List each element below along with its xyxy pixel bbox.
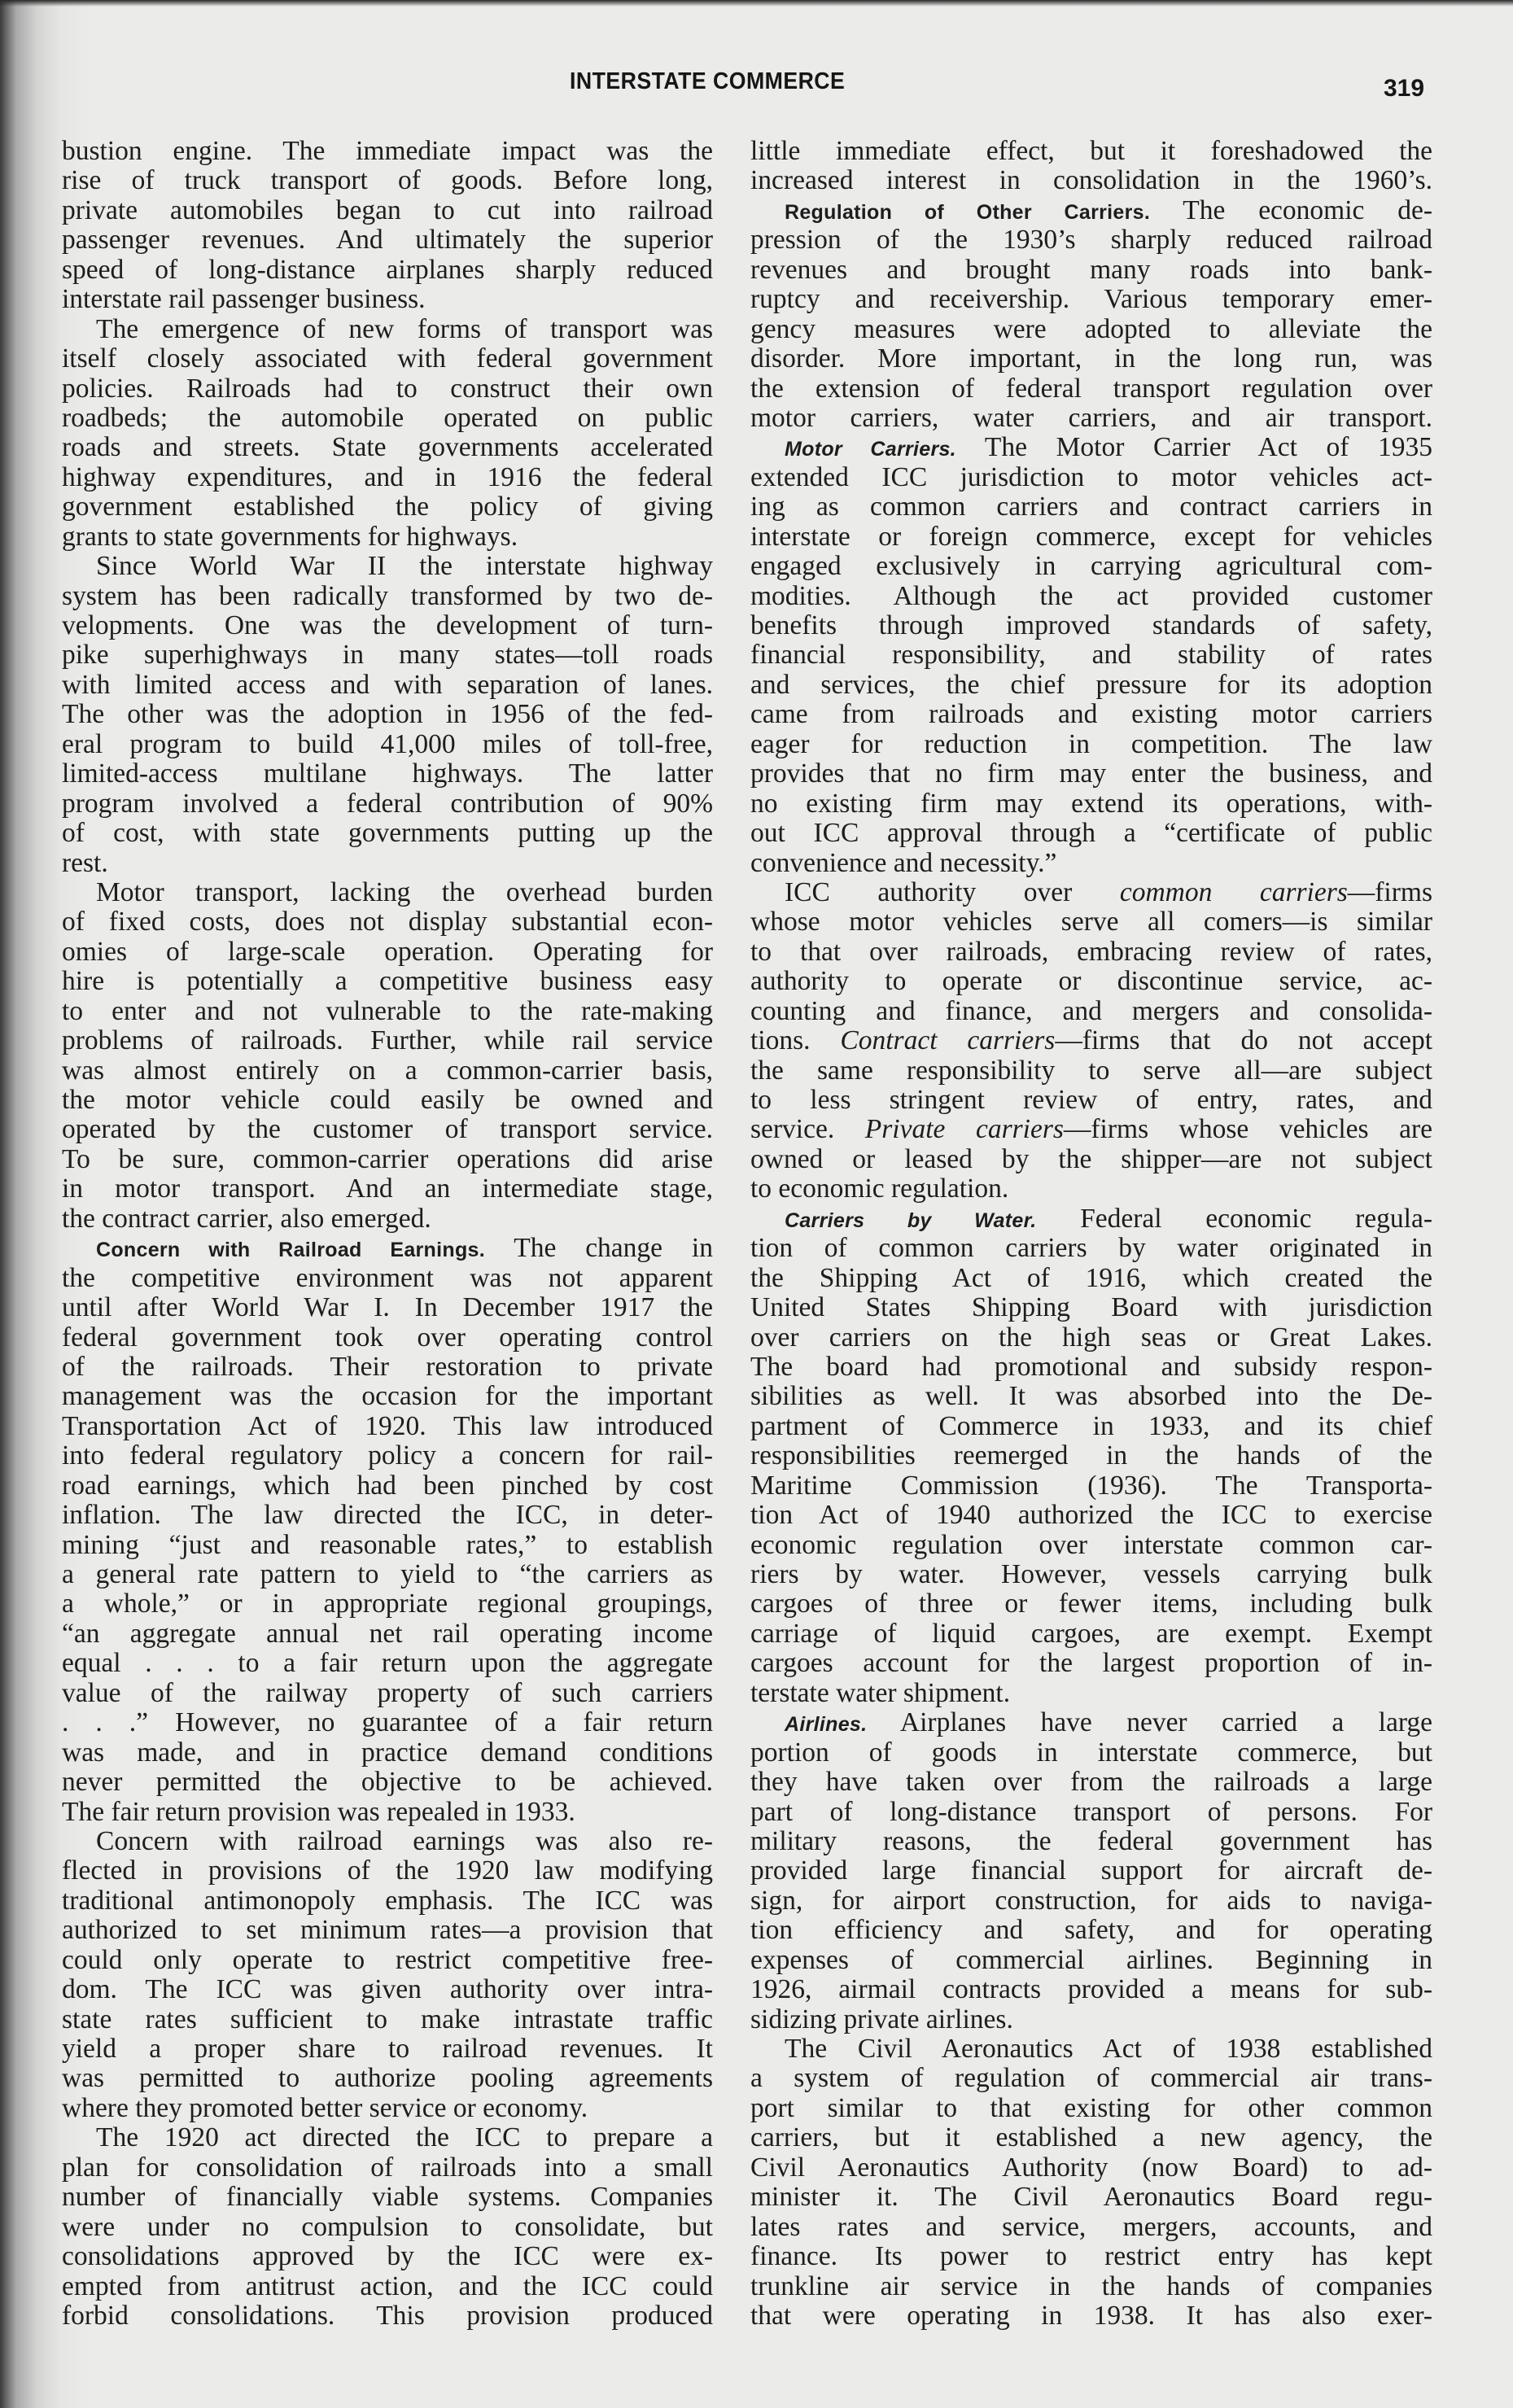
text-line: dom. The ICC was given authority over in… [62,1975,713,2004]
line-text: engaged exclusively in carrying agricult… [750,551,1432,581]
text-line: interstate rail passenger business. [62,285,713,314]
text-line: To be sure, common-carrier operations di… [62,1145,713,1174]
text-line: omies of large-scale operation. Operatin… [62,937,713,967]
text-line: lates rates and service, mergers, accoun… [750,2213,1432,2242]
text-line: The 1920 act directed the ICC to prepare… [62,2123,713,2152]
line-text: convenience and necessity.” [750,848,1056,878]
line-text: expenses of commercial airlines. Beginni… [750,1945,1432,1975]
text-line: interstate or foreign commerce, except f… [750,522,1432,552]
text-line: increased interest in consolidation in t… [750,166,1432,195]
line-text: program involved a federal contribution … [62,789,713,819]
line-text: riers by water. However, vessels carryin… [750,1559,1432,1589]
text-line: expenses of commercial airlines. Beginni… [750,1946,1432,1975]
book-page: INTERSTATE COMMERCE 319 bustion engine. … [0,0,1513,2408]
line-text: rise of truck transport of goods. Before… [62,165,713,195]
italic-term: Private carriers [865,1114,1064,1144]
text-line: provided large financial support for air… [750,1856,1432,1886]
text-line: in motor transport. And an intermediate … [62,1174,713,1204]
line-text: sign, for airport construction, for aids… [750,1886,1432,1916]
text-line: could only operate to restrict competiti… [62,1946,713,1975]
line-text: ing as common carriers and contract carr… [750,492,1432,522]
text-line: was permitted to authorize pooling agree… [62,2064,713,2093]
text-line: Since World War II the interstate highwa… [62,552,713,581]
text-line: where they promoted better service or ec… [62,2094,713,2123]
line-text: passenger revenues. And ultimately the s… [62,225,713,255]
line-text: Concern with railroad earnings was also … [96,1826,713,1856]
right-text-column: little immediate effect, but it foreshad… [750,137,1432,2331]
line-text: a general rate pattern to yield to “the … [62,1559,713,1589]
text-line: terstate water shipment. [750,1679,1432,1708]
text-line: riers by water. However, vessels carryin… [750,1560,1432,1589]
text-line: never permitted the objective to be achi… [62,1768,713,1797]
line-text: traditional antimonopoly emphasis. The I… [62,1886,713,1916]
text-line: the contract carrier, also emerged. [62,1204,713,1234]
line-text: motor carriers, water carriers, and air … [750,403,1432,433]
text-line: the same responsibility to serve all—are… [750,1056,1432,1086]
line-text: with limited access and with separation … [62,670,713,700]
section-run-in-heading: Airlines. [785,1713,867,1736]
text-line: The emergence of new forms of transport … [62,315,713,344]
text-line: passenger revenues. And ultimately the s… [62,225,713,255]
text-line: came from railroads and existing motor c… [750,700,1432,729]
text-line: Motor Carriers. The Motor Carrier Act of… [750,433,1432,462]
text-line: military reasons, the federal government… [750,1827,1432,1856]
line-text: interstate rail passenger business. [62,284,426,314]
line-text: private automobiles began to cut into ra… [62,195,713,225]
line-text: yield a proper share to railroad revenue… [62,2034,713,2064]
text-line: . . .” However, no guarantee of a fair r… [62,1708,713,1737]
section-run-in-heading: Motor Carriers. [785,438,956,461]
line-text: carriage of liquid cargoes, are exempt. … [750,1619,1432,1649]
line-text: rest. [62,848,108,878]
text-line: of the railroads. Their restoration to p… [62,1353,713,1382]
line-text: tion efficiency and safety, and for oper… [750,1915,1432,1945]
line-text: financial responsibility, and stability … [750,640,1432,670]
text-line: provides that no firm may enter the busi… [750,759,1432,789]
text-line: number of financially viable systems. Co… [62,2183,713,2212]
text-line: the competitive environment was not appa… [62,1264,713,1293]
line-text: was almost entirely on a common-carrier … [62,1055,713,1086]
line-text: value of the railway property of such ca… [62,1678,713,1708]
line-text: The 1920 act directed the ICC to prepare… [96,2122,713,2152]
text-line: was almost entirely on a common-carrier … [62,1056,713,1086]
text-line: ICC authority over common carriers—firms [750,878,1432,907]
line-text: road earnings, which had been pinched by… [62,1471,713,1501]
line-text: a system of regulation of commercial air… [750,2063,1432,2093]
line-text: Airplanes have never carried a large [867,1707,1432,1737]
text-line: financial responsibility, and stability … [750,640,1432,670]
text-line: value of the railway property of such ca… [62,1679,713,1708]
line-text: was made, and in practice demand conditi… [62,1737,713,1768]
line-text: roadbeds; the automobile operated on pub… [62,403,713,433]
text-line: equal . . . to a fair return upon the ag… [62,1649,713,1678]
text-line: bustion engine. The immediate impact was… [62,137,713,166]
line-text: authority to operate or discontinue serv… [750,966,1432,996]
line-text: minister it. The Civil Aeronautics Board… [750,2182,1432,2212]
text-line: private automobiles began to cut into ra… [62,196,713,225]
text-line: pression of the 1930’s sharply reduced r… [750,225,1432,255]
text-line: Motor transport, lacking the overhead bu… [62,878,713,907]
line-text: The fair return provision was repealed i… [62,1797,575,1827]
text-line: were under no compulsion to consolidate,… [62,2213,713,2242]
line-text: The emergence of new forms of transport … [96,314,713,344]
text-line: eral program to build 41,000 miles of to… [62,730,713,759]
text-line: part of long-distance transport of perso… [750,1798,1432,1827]
line-text: and services, the chief pressure for its… [750,670,1432,700]
line-text: omies of large-scale operation. Operatin… [62,937,713,967]
left-text-column: bustion engine. The immediate impact was… [62,137,713,2331]
text-line: to less stringent review of entry, rates… [750,1086,1432,1115]
line-text: benefits through improved standards of s… [750,610,1432,640]
text-line: portion of goods in interstate commerce,… [750,1738,1432,1768]
running-header-title: INTERSTATE COMMERCE [570,68,845,95]
line-text: of cost, with state governments putting … [62,818,713,848]
line-text: cargoes of three or fewer items, includi… [750,1589,1432,1619]
text-line: rest. [62,849,713,878]
text-line: government established the policy of giv… [62,492,713,522]
line-text: federal government took over operating c… [62,1322,713,1353]
line-text: never permitted the objective to be achi… [62,1767,713,1797]
line-text: owned or leased by the shipper—are not s… [750,1144,1432,1174]
text-line: the motor vehicle could easily be owned … [62,1086,713,1115]
line-text: tion Act of 1940 authorized the ICC to e… [750,1500,1432,1530]
line-text: The change in [485,1233,713,1263]
line-text: service. [750,1114,865,1144]
section-run-in-heading: Regulation of Other Carriers. [785,201,1150,224]
text-line: consolidations approved by the ICC were … [62,2242,713,2271]
text-line: partment of Commerce in 1933, and its ch… [750,1412,1432,1441]
line-text: part of long-distance transport of perso… [750,1797,1432,1827]
line-text: portion of goods in interstate commerce,… [750,1737,1432,1768]
text-line: cargoes account for the largest proporti… [750,1649,1432,1678]
line-text: the Shipping Act of 1916, which created … [750,1263,1432,1293]
text-line: carriage of liquid cargoes, are exempt. … [750,1619,1432,1649]
text-line: extended ICC jurisdiction to motor vehic… [750,463,1432,492]
text-line: mining “just and reasonable rates,” to e… [62,1531,713,1560]
text-line: ruptcy and receivership. Various tempora… [750,285,1432,314]
line-text: interstate or foreign commerce, except f… [750,522,1432,552]
line-text: The economic de- [1150,195,1432,225]
text-line: The fair return provision was repealed i… [62,1798,713,1827]
section-run-in-heading: Carriers by Water. [785,1209,1037,1232]
line-text: mining “just and reasonable rates,” to e… [62,1530,713,1560]
text-line: that were operating in 1938. It has also… [750,2301,1432,2331]
text-line: convenience and necessity.” [750,849,1432,878]
text-line: Carriers by Water. Federal economic regu… [750,1204,1432,1234]
text-line: responsibilities reemerged in the hands … [750,1441,1432,1471]
line-text: that were operating in 1938. It has also… [750,2301,1432,2331]
text-line: grants to state governments for highways… [62,522,713,552]
text-line: authorized to set minimum rates—a provis… [62,1916,713,1945]
line-text: United States Shipping Board with jurisd… [750,1292,1432,1322]
line-text: could only operate to restrict competiti… [62,1945,713,1975]
text-line: over carriers on the high seas or Great … [750,1323,1432,1353]
text-line: The Civil Aeronautics Act of 1938 establ… [750,2034,1432,2064]
text-line: plan for consolidation of railroads into… [62,2153,713,2183]
section-run-in-heading: Concern with Railroad Earnings. [96,1239,485,1261]
text-line: Transportation Act of 1920. This law int… [62,1412,713,1441]
line-text: dom. The ICC was given authority over in… [62,1974,713,2004]
italic-term: Contract carriers [840,1025,1055,1055]
text-line: was made, and in practice demand conditi… [62,1738,713,1768]
line-text: Transportation Act of 1920. This law int… [62,1411,713,1441]
line-text: cargoes account for the largest proporti… [750,1648,1432,1678]
line-text: forbid consolidations. This provision pr… [62,2301,713,2331]
line-text: government established the policy of giv… [62,492,713,522]
line-text: empted from antitrust action, and the IC… [62,2271,713,2301]
text-line: a whole,” or in appropriate regional gro… [62,1589,713,1619]
line-text: management was the occasion for the impo… [62,1381,713,1411]
line-text: number of financially viable systems. Co… [62,2182,713,2212]
text-line: modities. Although the act provided cust… [750,582,1432,611]
line-text: grants to state governments for highways… [62,522,518,552]
text-line: disorder. More important, in the long ru… [750,344,1432,374]
line-text: operated by the customer of transport se… [62,1114,713,1144]
text-line: to enter and not vulnerable to the rate-… [62,997,713,1026]
text-line: of cost, with state governments putting … [62,819,713,848]
text-line: roads and streets. State governments acc… [62,433,713,462]
italic-term: common carriers [1120,877,1348,907]
line-text: the same responsibility to serve all—are… [750,1055,1432,1086]
line-text: to economic regulation. [750,1173,1008,1204]
line-text: to that over railroads, embracing review… [750,937,1432,967]
text-line: counting and finance, and mergers and co… [750,997,1432,1026]
text-line: itself closely associated with federal g… [62,344,713,374]
text-line: and services, the chief pressure for its… [750,671,1432,700]
line-text: eral program to build 41,000 miles of to… [62,729,713,759]
text-line: eager for reduction in competition. The … [750,730,1432,759]
line-text: military reasons, the federal government… [750,1826,1432,1856]
text-line: management was the occasion for the impo… [62,1382,713,1411]
line-text: until after World War I. In December 191… [62,1292,713,1322]
line-text: equal . . . to a fair return upon the ag… [62,1648,713,1678]
line-text: came from railroads and existing motor c… [750,699,1432,729]
text-line: little immediate effect, but it foreshad… [750,137,1432,166]
text-line: to that over railroads, embracing review… [750,937,1432,967]
text-line: policies. Railroads had to construct the… [62,374,713,404]
line-text: velopments. One was the development of t… [62,610,713,640]
text-line: system has been radically transformed by… [62,582,713,611]
line-text: port similar to that existing for other … [750,2093,1432,2123]
line-text: ICC authority over [785,877,1120,907]
line-text: The other was the adoption in 1956 of th… [62,699,713,729]
line-text: Motor transport, lacking the overhead bu… [96,877,713,907]
text-line: motor carriers, water carriers, and air … [750,404,1432,433]
text-line: revenues and brought many roads into ban… [750,256,1432,285]
text-line: highway expenditures, and in 1916 the fe… [62,463,713,492]
line-text: into federal regulatory policy a concern… [62,1440,713,1471]
text-line: ing as common carriers and contract carr… [750,492,1432,522]
line-text: no existing firm may extend its operatio… [750,789,1432,819]
text-line: authority to operate or discontinue serv… [750,967,1432,996]
text-line: tion Act of 1940 authorized the ICC to e… [750,1501,1432,1530]
text-line: into federal regulatory policy a concern… [62,1441,713,1471]
text-line: limited-access multilane highways. The l… [62,759,713,789]
line-text: over carriers on the high seas or Great … [750,1322,1432,1353]
text-line: state rates sufficient to make intrastat… [62,2005,713,2034]
text-line: empted from antitrust action, and the IC… [62,2272,713,2301]
line-text: the extension of federal transport regul… [750,374,1432,404]
text-line: federal government took over operating c… [62,1323,713,1353]
line-text: problems of railroads. Further, while ra… [62,1025,713,1055]
text-line: out ICC approval through a “certificate … [750,819,1432,848]
line-text: —firms whose vehicles are [1064,1114,1432,1144]
line-text: system has been radically transformed by… [62,581,713,611]
text-line: owned or leased by the shipper—are not s… [750,1145,1432,1174]
line-text: tions. [750,1025,840,1055]
line-text: of fixed costs, does not display substan… [62,907,713,937]
line-text: tion of common carriers by water origina… [750,1233,1432,1263]
text-line: tions. Contract carriers—firms that do n… [750,1026,1432,1055]
line-text: provides that no firm may enter the busi… [750,758,1432,789]
text-line: carriers, but it established a new agenc… [750,2123,1432,2152]
line-text: consolidations approved by the ICC were … [62,2241,713,2271]
text-line: forbid consolidations. This provision pr… [62,2301,713,2331]
text-line: United States Shipping Board with jurisd… [750,1293,1432,1322]
line-text: modities. Although the act provided cust… [750,581,1432,611]
text-line: port similar to that existing for other … [750,2094,1432,2123]
line-text: disorder. More important, in the long ru… [750,343,1432,374]
line-text: sibilities as well. It was absorbed into… [750,1381,1432,1411]
text-line: service. Private carriers—firms whose ve… [750,1115,1432,1144]
line-text: eager for reduction in competition. The … [750,729,1432,759]
text-line: a general rate pattern to yield to “the … [62,1560,713,1589]
line-text: —firms [1348,877,1432,907]
text-line: operated by the customer of transport se… [62,1115,713,1144]
line-text: hire is potentially a competitive busine… [62,966,713,996]
line-text: highway expenditures, and in 1916 the fe… [62,462,713,492]
line-text: where they promoted better service or ec… [62,2093,588,2123]
text-line: finance. Its power to restrict entry has… [750,2242,1432,2271]
line-text: finance. Its power to restrict entry has… [750,2241,1432,2271]
line-text: to less stringent review of entry, rates… [750,1085,1432,1115]
line-text: in motor transport. And an intermediate … [62,1173,713,1204]
line-text: lates rates and service, mergers, accoun… [750,2212,1432,2242]
text-line: 1926, airmail contracts provided a means… [750,1975,1432,2004]
line-text: —firms that do not accept [1055,1025,1432,1055]
line-text: the contract carrier, also emerged. [62,1204,431,1234]
line-text: provided large financial support for air… [750,1855,1432,1886]
line-text: speed of long-distance airplanes sharply… [62,255,713,285]
page-number: 319 [1384,75,1424,103]
line-text: itself closely associated with federal g… [62,343,713,374]
line-text: limited-access multilane highways. The l… [62,758,713,789]
line-text: gency measures were adopted to alleviate… [750,314,1432,344]
line-text: ruptcy and receivership. Various tempora… [750,284,1432,314]
line-text: inflation. The law directed the ICC, in … [62,1500,713,1530]
line-text: authorized to set minimum rates—a provis… [62,1915,713,1945]
line-text: of the railroads. Their restoration to p… [62,1352,713,1382]
text-line: problems of railroads. Further, while ra… [62,1026,713,1055]
line-text: whose motor vehicles serve all comers—is… [750,907,1432,937]
line-text: responsibilities reemerged in the hands … [750,1440,1432,1471]
line-text: to enter and not vulnerable to the rate-… [62,996,713,1026]
line-text: out ICC approval through a “certificate … [750,818,1432,848]
line-text: sidizing private airlines. [750,2004,1013,2034]
line-text: trunkline air service in the hands of co… [750,2271,1432,2301]
line-text: partment of Commerce in 1933, and its ch… [750,1411,1432,1441]
line-text: Since World War II the interstate highwa… [96,551,713,581]
line-text: the competitive environment was not appa… [62,1263,713,1293]
text-line: rise of truck transport of goods. Before… [62,166,713,195]
line-text: plan for consolidation of railroads into… [62,2152,713,2183]
line-text: revenues and brought many roads into ban… [750,255,1432,285]
text-line: sign, for airport construction, for aids… [750,1886,1432,1916]
text-line: the extension of federal transport regul… [750,374,1432,404]
text-line: tion efficiency and safety, and for oper… [750,1916,1432,1945]
text-line: Concern with railroad earnings was also … [62,1827,713,1856]
line-text: flected in provisions of the 1920 law mo… [62,1855,713,1886]
line-text: a whole,” or in appropriate regional gro… [62,1589,713,1619]
line-text: Maritime Commission (1936). The Transpor… [750,1471,1432,1501]
text-line: benefits through improved standards of s… [750,611,1432,640]
text-line: The board had promotional and subsidy re… [750,1353,1432,1382]
text-line: economic regulation over interstate comm… [750,1531,1432,1560]
text-line: traditional antimonopoly emphasis. The I… [62,1886,713,1916]
text-line: pike superhighways in many states—toll r… [62,640,713,670]
text-line: “an aggregate annual net rail operating … [62,1619,713,1649]
line-text: counting and finance, and mergers and co… [750,996,1432,1026]
line-text: roads and streets. State governments acc… [62,432,713,462]
scan-edge-shadow [0,0,1513,7]
text-line: with limited access and with separation … [62,671,713,700]
text-line: flected in provisions of the 1920 law mo… [62,1856,713,1886]
text-line: speed of long-distance airplanes sharply… [62,256,713,285]
text-line: Airlines. Airplanes have never carried a… [750,1708,1432,1737]
text-line: a system of regulation of commercial air… [750,2064,1432,2093]
line-text: “an aggregate annual net rail operating … [62,1619,713,1649]
text-line: tion of common carriers by water origina… [750,1234,1432,1263]
text-line: sibilities as well. It was absorbed into… [750,1382,1432,1411]
text-line: Concern with Railroad Earnings. The chan… [62,1234,713,1263]
text-line: gency measures were adopted to alleviate… [750,315,1432,344]
text-line: The other was the adoption in 1956 of th… [62,700,713,729]
text-line: sidizing private airlines. [750,2005,1432,2034]
text-line: hire is potentially a competitive busine… [62,967,713,996]
line-text: was permitted to authorize pooling agree… [62,2063,713,2093]
line-text: bustion engine. The immediate impact was… [62,136,713,166]
text-line: inflation. The law directed the ICC, in … [62,1501,713,1530]
line-text: To be sure, common-carrier operations di… [62,1144,713,1174]
line-text: pike superhighways in many states—toll r… [62,640,713,670]
line-text: were under no compulsion to consolidate,… [62,2212,713,2242]
line-text: terstate water shipment. [750,1678,1010,1708]
line-text: state rates sufficient to make intrastat… [62,2004,713,2034]
text-line: Civil Aeronautics Authority (now Board) … [750,2153,1432,2183]
line-text: increased interest in consolidation in t… [750,165,1432,195]
text-line: until after World War I. In December 191… [62,1293,713,1322]
text-line: trunkline air service in the hands of co… [750,2272,1432,2301]
line-text: Federal economic regula- [1037,1204,1433,1234]
text-line: road earnings, which had been pinched by… [62,1471,713,1501]
line-text: carriers, but it established a new agenc… [750,2122,1432,2152]
line-text: they have taken over from the railroads … [750,1767,1432,1797]
line-text: 1926, airmail contracts provided a means… [750,1974,1432,2004]
line-text: economic regulation over interstate comm… [750,1530,1432,1560]
text-line: whose motor vehicles serve all comers—is… [750,907,1432,937]
line-text: The board had promotional and subsidy re… [750,1352,1432,1382]
line-text: pression of the 1930’s sharply reduced r… [750,225,1432,255]
line-text: . . .” However, no guarantee of a fair r… [62,1707,713,1737]
text-line: Maritime Commission (1936). The Transpor… [750,1471,1432,1501]
text-line: engaged exclusively in carrying agricult… [750,552,1432,581]
text-line: velopments. One was the development of t… [62,611,713,640]
text-line: program involved a federal contribution … [62,789,713,819]
line-text: policies. Railroads had to construct the… [62,374,713,404]
text-line: no existing firm may extend its operatio… [750,789,1432,819]
text-line: to economic regulation. [750,1174,1432,1204]
line-text: extended ICC jurisdiction to motor vehic… [750,462,1432,492]
